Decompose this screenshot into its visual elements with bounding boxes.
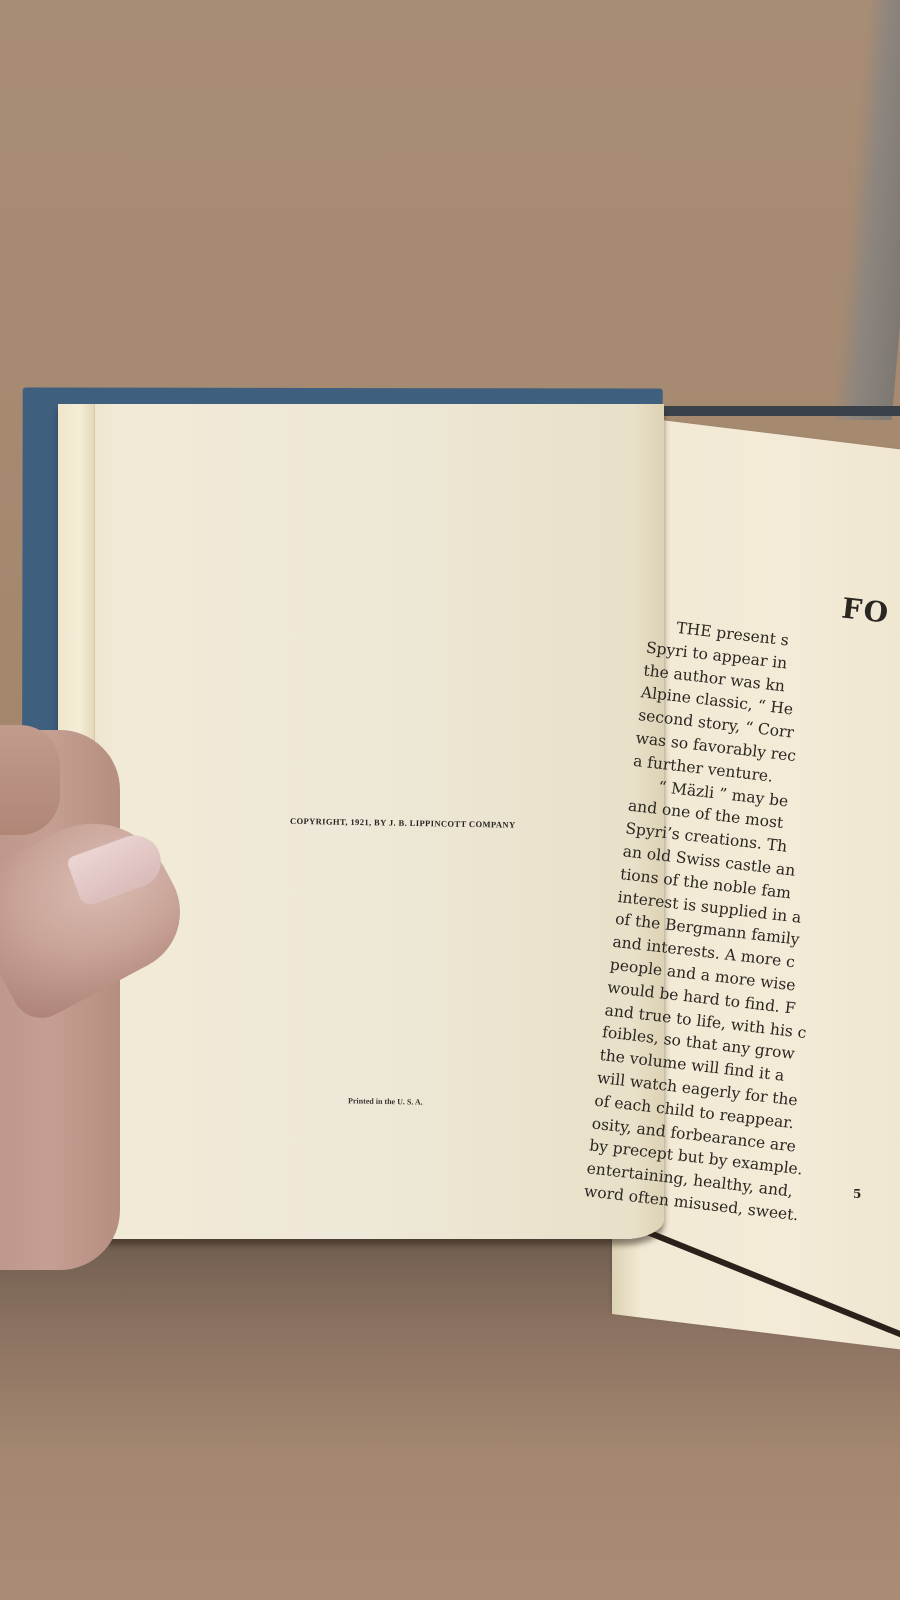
page-number: 5	[853, 1187, 861, 1201]
chapter-title: FO	[840, 592, 892, 630]
book-cover-right-edge	[656, 406, 900, 416]
finger	[0, 725, 60, 835]
printed-in-notice: Printed in the U. S. A.	[348, 1096, 423, 1106]
background-shadow	[832, 0, 900, 420]
